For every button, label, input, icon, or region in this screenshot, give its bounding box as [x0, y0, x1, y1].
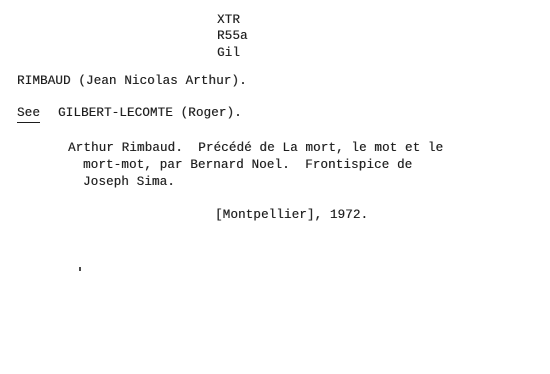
body-line-2: mort-mot, par Bernard Noel. Frontispice … [83, 157, 412, 173]
body-line-3: Joseph Sima. [83, 174, 175, 190]
body-line-1: Arthur Rimbaud. Précédé de La mort, le m… [68, 140, 443, 156]
main-entry-heading: RIMBAUD (Jean Nicolas Arthur). [17, 73, 247, 89]
see-reference: GILBERT-LECOMTE (Roger). [58, 105, 242, 121]
see-label: See [17, 105, 40, 123]
catalog-card: XTR R55a Gil RIMBAUD (Jean Nicolas Arthu… [0, 0, 550, 374]
imprint-line: [Montpellier], 1972. [215, 207, 368, 223]
ink-speck [79, 267, 81, 271]
call-number-line-2: R55a [217, 28, 248, 44]
call-number-line-3: Gil [217, 45, 240, 61]
call-number-line-1: XTR [217, 12, 240, 28]
